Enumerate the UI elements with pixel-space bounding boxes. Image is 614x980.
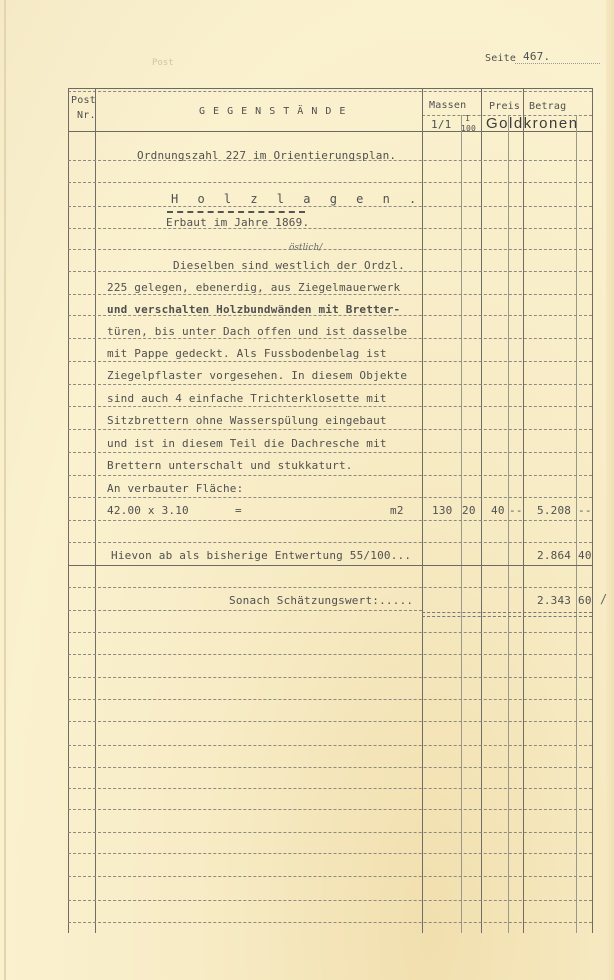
header-massen: Massen (429, 100, 466, 111)
col-line-gegenstaende (422, 88, 423, 933)
table-top-border (68, 88, 592, 89)
ordnungszahl-line: Ordnungszahl 227 im Orientierungsplan. (137, 149, 396, 162)
paper-left-edge (4, 0, 6, 980)
massen-integer: 130 (432, 504, 452, 517)
header-gegenstaende: G E G E N S T Ä N D E (199, 106, 346, 117)
row-line (68, 206, 592, 207)
row-line (68, 475, 592, 476)
row-line (68, 452, 592, 453)
row-line (68, 429, 592, 430)
header-massen-1-1: 1/1 (431, 118, 451, 131)
row-line (68, 654, 592, 655)
row-line (68, 520, 592, 521)
description-line-6: Ziegelpflaster vorgesehen. In diesem Obj… (107, 369, 407, 382)
betrag-decimal: -- (578, 504, 592, 517)
header-currency-goldkronen: Goldkronen (486, 115, 579, 132)
estimate-betrag-decimal: 60 (578, 594, 592, 607)
table-top-border-inner (68, 91, 592, 92)
col-line-massen (481, 88, 482, 933)
header-massen-fraction-num: 1 (465, 114, 470, 123)
row-line (68, 406, 592, 407)
page-number: 467. (523, 50, 550, 63)
preis-integer: 40 (491, 504, 505, 517)
col-line-post (95, 88, 96, 933)
preis-decimal: -- (509, 504, 523, 517)
row-line (68, 228, 592, 229)
depreciation-label: Hievon ab als bisherige Entwertung 55/10… (111, 549, 411, 562)
page-number-line (515, 63, 600, 64)
header-preis: Preis (489, 101, 520, 112)
col-line-right (592, 88, 593, 933)
row-line (68, 338, 592, 339)
area-equals: = (235, 504, 242, 517)
row-line (68, 876, 592, 877)
section-title-holzlagen: H o l z l a g e n . (171, 192, 422, 206)
massen-decimal: 20 (462, 504, 476, 517)
row-line (68, 497, 592, 498)
row-line (68, 632, 592, 633)
handwritten-correction: östlich/ (289, 243, 322, 253)
row-line (68, 249, 592, 250)
col-line-preis (523, 88, 524, 933)
row-line (68, 610, 422, 611)
faint-stamp: Post (152, 58, 174, 68)
depreciation-betrag-decimal: 40 (578, 549, 592, 562)
section-title-underline (167, 211, 305, 213)
col-line-left (68, 88, 69, 933)
check-mark-icon: / (600, 592, 607, 606)
col-line-massen-split (461, 115, 462, 933)
col-line-preis-split (508, 115, 509, 933)
header-betrag: Betrag (529, 101, 566, 112)
estimate-label: Sonach Schätzungswert:..... (229, 594, 413, 607)
total-double-underline (422, 612, 592, 617)
row-line (68, 294, 592, 295)
description-line-8: Sitzbrettern ohne Wasserspülung eingebau… (107, 414, 387, 427)
row-line-subtotal (68, 565, 592, 566)
row-line (68, 542, 592, 543)
row-line (68, 922, 592, 923)
row-line (68, 721, 592, 722)
row-line (68, 809, 592, 810)
col-line-betrag-split (576, 115, 577, 933)
area-label: An verbauter Fläche: (107, 482, 243, 495)
row-line (68, 788, 592, 789)
row-line (68, 361, 592, 362)
row-line (68, 182, 592, 183)
row-line (68, 767, 592, 768)
area-formula: 42.00 x 3.10 (107, 504, 189, 517)
description-line-4: türen, bis unter Dach offen und ist dass… (107, 325, 407, 338)
row-line (68, 587, 592, 588)
header-post: Post (71, 95, 96, 106)
row-line (68, 677, 592, 678)
erbaut-line: Erbaut im Jahre 1869. (166, 216, 309, 229)
description-line-9: und ist in diesem Teil die Dachresche mi… (107, 437, 387, 450)
area-unit: m2 (390, 504, 404, 517)
row-line (68, 853, 592, 854)
description-line-10: Brettern unterschalt und stukkaturt. (107, 459, 353, 472)
row-line (68, 384, 592, 385)
header-massen-fraction-den: 100 (461, 124, 476, 133)
description-line-2: 225 gelegen, ebenerdig, aus Ziegelmauerw… (107, 281, 400, 294)
row-line (68, 745, 592, 746)
page-label: Seite (485, 53, 516, 64)
description-line-3: und verschalten Holzbundwänden mit Brett… (107, 303, 400, 316)
depreciation-betrag-integer: 2.864 (537, 549, 571, 562)
description-line-7: sind auch 4 einfache Trichterklosette mi… (107, 392, 387, 405)
header-nr: Nr. (77, 110, 96, 121)
betrag-integer: 5.208 (537, 504, 571, 517)
row-line (68, 699, 592, 700)
description-line-5: mit Pappe gedeckt. Als Fussbodenbelag is… (107, 347, 387, 360)
paper-right-edge (606, 0, 614, 980)
row-line (68, 900, 592, 901)
row-line (68, 832, 592, 833)
estimate-betrag-integer: 2.343 (537, 594, 571, 607)
description-line-1: Dieselben sind westlich der Ordzl. (173, 259, 405, 272)
